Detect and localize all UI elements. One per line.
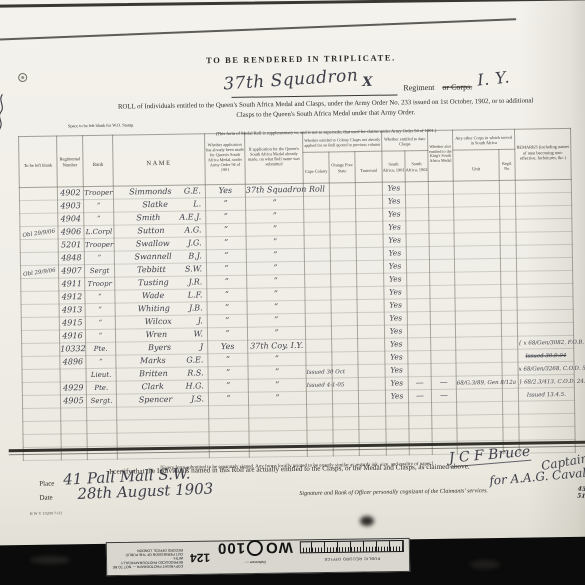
cell-roll: ” (248, 353, 306, 367)
cell-remarks (516, 258, 572, 272)
cell-other-regtl-no (500, 206, 516, 219)
cell-application: ” (206, 223, 246, 237)
cell-roll: ” (247, 288, 305, 302)
cell-transvaal (358, 377, 385, 390)
regiment-label: Regiment (403, 83, 434, 92)
cell-sa-1901: Yes (385, 338, 408, 351)
cell-remarks: { x 68/Gen/3082, F.O.B. 21.9.04 (518, 336, 574, 350)
pro-series-number: 100 (217, 540, 245, 557)
cell-name: SpencerJ.S. (116, 393, 208, 407)
cell-sa-1901: Yes (384, 312, 407, 325)
cell-rank (87, 407, 117, 420)
cell-other-unit (454, 233, 500, 247)
cell-name: ClarkH.G. (116, 380, 208, 394)
header-ksa: Whether also entitled to the King's Sout… (428, 130, 454, 182)
cell-remarks (516, 245, 572, 259)
cell-other-regtl-no (501, 323, 517, 336)
cell-sa-1901: Yes (383, 247, 406, 260)
cell-rank: Trooper (84, 238, 114, 251)
cell-sa-1901: Yes (382, 182, 405, 195)
cell-cape-colony (306, 391, 332, 404)
pro-series-block: Reference :— WO 100 (217, 539, 293, 575)
cell-transvaal (356, 247, 383, 260)
cell-regimental-number: 4905 (60, 395, 86, 408)
cell-regimental-number: 10332 (60, 343, 86, 356)
cell-transvaal (359, 416, 386, 429)
cell-rank: ” (85, 290, 115, 303)
cell-other-regtl-no (500, 219, 516, 232)
cell-rank: Pte. (86, 381, 116, 394)
cell-roll: ” (247, 314, 305, 328)
cell-margin-note (23, 408, 61, 422)
cell-other-regtl-no (502, 336, 518, 349)
cell-regimental-number: 4913 (59, 304, 85, 317)
cell-application: ” (206, 262, 246, 276)
cell-sa-1901: Yes (383, 208, 406, 221)
cell-cape-colony (306, 339, 332, 352)
cell-roll: ” (248, 366, 306, 380)
cell-remarks (517, 310, 573, 324)
header-remarks: REMARKS (including names of men becoming… (515, 128, 572, 180)
cell-other-unit (455, 285, 501, 299)
cell-sa-1902 (406, 208, 429, 221)
cell-sa-1901: Yes (385, 377, 408, 390)
cell-other-regtl-no (503, 401, 519, 414)
cell-orange-free-state (330, 222, 356, 235)
cell-rank: L.Corpl (84, 225, 114, 238)
cell-sa-1902 (407, 325, 430, 338)
cell-orange-free-state (330, 261, 356, 274)
cell-other-unit (457, 402, 503, 416)
header-date-group: Whether entitled to date Clasps (382, 131, 428, 152)
cell-cape-colony (305, 274, 331, 287)
cell-margin-note (20, 200, 58, 214)
cell-remarks (516, 206, 572, 220)
header-cape-colony: Cape Colony (303, 152, 329, 183)
cell-application: ” (205, 197, 245, 211)
cell-roll: ” (247, 275, 305, 289)
cell-regimental-number: 4907 (58, 265, 84, 278)
cell-transvaal (356, 234, 383, 247)
cell-transvaal (356, 260, 383, 273)
cell-other-regtl-no (500, 232, 516, 245)
cell-remarks: } 68/2.3/413, C.O.D. 24.5. (518, 375, 574, 389)
cell-roll: ” (245, 197, 303, 211)
cell-margin-note (20, 252, 58, 266)
cell-sa-1902 (408, 364, 431, 377)
cell-ksa (431, 350, 456, 363)
cell-roll: ” (247, 301, 305, 315)
stamp-hole-mark (18, 73, 27, 82)
cell-sa-1902 (408, 338, 431, 351)
cell-sa-1901: Yes (385, 351, 408, 364)
cell-transvaal (358, 351, 385, 364)
cell-roll: ” (248, 392, 306, 406)
cell-orange-free-state (331, 313, 357, 326)
header-sa-1901: South Africa, 1901 (382, 151, 405, 182)
cell-name: SmithA.E.J. (114, 211, 206, 225)
cell-application: ” (208, 392, 248, 406)
cell-margin-note (22, 382, 60, 396)
pro-ruler-block: PUBLIC RECORD OFFICE (300, 540, 404, 571)
scan-artifact-line-top (0, 0, 585, 7)
cell-other-unit (456, 363, 502, 377)
cell-regimental-number (61, 434, 87, 447)
cell-regimental-number: 4911 (59, 278, 85, 291)
cell-other-unit (454, 246, 500, 260)
cell-ksa (432, 415, 457, 428)
cell-application (209, 431, 249, 445)
medal-roll-table: To be left blank Regimental Number Rank … (18, 128, 576, 461)
cell-sa-1902 (407, 312, 430, 325)
cell-margin-note (23, 434, 61, 448)
header-transvaal: Transvaal (355, 151, 382, 182)
pro-roundel-icon (247, 540, 263, 556)
cell-other-unit (453, 194, 499, 208)
cell-ksa (432, 428, 457, 441)
squadron-handwritten: 37th Squadron (223, 66, 359, 95)
cell-remarks (519, 401, 575, 415)
cell-transvaal (358, 390, 385, 403)
cell-margin-note (21, 291, 59, 305)
cell-cape-colony: Issued 30 Oct (306, 365, 332, 378)
cell-orange-free-state (330, 209, 356, 222)
cell-other-unit (457, 428, 503, 442)
cell-application (209, 418, 249, 432)
squadron-rule-line (231, 94, 397, 97)
cell-regimental-number: 4904 (58, 213, 84, 226)
cell-cape-colony (305, 313, 331, 326)
cell-name: WadeL.F. (115, 289, 207, 303)
cell-transvaal (357, 299, 384, 312)
cell-margin-note (21, 330, 59, 344)
cell-cape-colony (307, 404, 333, 417)
cell-ksa (429, 259, 454, 272)
photo-backdrop-blotch-3 (470, 560, 500, 569)
cell-orange-free-state (330, 248, 356, 261)
cell-ksa (430, 298, 455, 311)
pro-series-prefix: WO (265, 539, 293, 556)
roll-table-body: 4902 Trooper SimmondsG.E. Yes 37th Squad… (19, 180, 575, 461)
cell-roll: ” (246, 223, 304, 237)
cell-application: ” (208, 379, 248, 393)
cell-remarks (515, 193, 571, 207)
cell-orange-free-state (333, 404, 359, 417)
cell-cape-colony (306, 352, 332, 365)
cell-ksa (429, 246, 454, 259)
cell-orange-free-state (333, 430, 359, 443)
cell-application: ” (207, 301, 247, 315)
cell-rank (87, 420, 117, 433)
header-blank: To be left blank (19, 136, 58, 188)
cell-orange-free-state (330, 235, 356, 248)
cell-sa-1901: Yes (384, 286, 407, 299)
cell-ksa (428, 194, 453, 207)
cell-regimental-number (61, 408, 87, 421)
pro-reference-strip: PUBLIC RECORD OFFICE Reference :— WO 100… (106, 538, 410, 576)
cell-application: ” (207, 314, 247, 328)
cell-margin-note: Obl 29/9/06 (20, 226, 58, 240)
cell-regimental-number: 4906 (58, 226, 84, 239)
cell-remarks (519, 414, 575, 428)
scanned-page-photograph: { "document": { "render_note": "TO BE RE… (0, 0, 585, 585)
cell-other-regtl-no (501, 310, 517, 323)
cell-other-unit (456, 350, 502, 364)
cell-orange-free-state (332, 339, 358, 352)
cell-application: ” (206, 249, 246, 263)
cell-remarks (516, 232, 572, 246)
cell-remarks: Issued 30.9.04 (518, 349, 574, 363)
cell-ksa (430, 324, 455, 337)
header-orange-free-state: Orange Free State (329, 152, 355, 183)
cell-other-unit (455, 272, 501, 286)
cell-orange-free-state (331, 300, 357, 313)
cell-sa-1902 (406, 247, 429, 260)
cell-rank: Trooper (83, 186, 113, 199)
header-application: Whether application has already been mad… (205, 133, 246, 185)
cell-orange-free-state (331, 326, 357, 339)
cell-sa-1902 (409, 429, 432, 442)
cell-name: SimmondsG.E. (113, 185, 205, 199)
cell-margin-note (21, 317, 59, 331)
cell-cape-colony (307, 430, 333, 443)
cell-rank: Sergt (84, 264, 114, 277)
cell-margin-note (19, 187, 57, 201)
cell-rank: Lieut. (86, 368, 116, 381)
cell-cape-colony (304, 261, 330, 274)
cell-other-regtl-no (503, 414, 519, 427)
wo-stamp-note: Space to be left blank for W.O. Stamp. (68, 113, 135, 132)
cell-roll (249, 405, 307, 419)
cell-ksa (431, 337, 456, 350)
cell-other-regtl-no (501, 284, 517, 297)
cell-ksa (430, 272, 455, 285)
header-sa-1902: South Africa, 1902 (405, 151, 428, 182)
cell-orange-free-state (333, 417, 359, 430)
cell-ksa: — (431, 376, 456, 389)
cell-transvaal (356, 221, 383, 234)
cell-rank: ” (84, 212, 114, 225)
cell-other-unit (454, 259, 500, 273)
triplicate-heading: TO BE RENDERED IN TRIPLICATE. (141, 52, 461, 67)
cell-roll (249, 431, 307, 445)
photo-backdrop-blotch-2 (30, 556, 70, 564)
cell-margin-note (23, 421, 61, 435)
cell-other-unit (456, 337, 502, 351)
cell-regimental-number: 4915 (59, 317, 85, 330)
header-colony-group: Whether entitled to Colony Clasps not al… (303, 131, 382, 152)
cell-cape-colony (304, 248, 330, 261)
cell-ksa (430, 285, 455, 298)
cell-ksa (429, 233, 454, 246)
cell-margin-note (22, 395, 60, 409)
cell-roll: ” (248, 379, 306, 393)
cell-sa-1902 (407, 299, 430, 312)
cell-rank: ” (84, 199, 114, 212)
header-regimental-number: Regimental Number (57, 136, 84, 188)
cell-transvaal (356, 208, 383, 221)
cell-sa-1901: Yes (385, 364, 408, 377)
cell-name: MarksG.E. (116, 354, 208, 368)
cell-sa-1901: Yes (385, 390, 408, 403)
cell-sa-1902 (405, 182, 428, 195)
cell-cape-colony (303, 196, 329, 209)
cell-roll: ” (246, 262, 304, 276)
cell-remarks: x 68/Gen/3268, C.O.D. 5.11.04 (518, 362, 574, 376)
cell-sa-1901: Yes (383, 234, 406, 247)
signature-caption: Signature and Rank of Officer personally… (299, 487, 585, 497)
pro-copyright-block: COPYRIGHT PHOTOGRAPH — NOT TO BE REPRODU… (112, 548, 183, 569)
cell-sa-1901 (386, 416, 409, 429)
squadron-x-mark: X (362, 75, 372, 90)
cell-name: BrittenR.S. (116, 367, 208, 381)
cell-application: ” (207, 275, 247, 289)
cell-cape-colony (305, 300, 331, 313)
cell-margin-note (21, 304, 59, 318)
header-roll: If application for the Queen's South Afr… (245, 132, 304, 184)
cell-sa-1902 (408, 351, 431, 364)
cell-ksa (431, 363, 456, 376)
cell-sa-1901: Yes (384, 325, 407, 338)
cell-transvaal (355, 182, 382, 195)
cell-transvaal (358, 364, 385, 377)
cell-remarks (516, 219, 572, 233)
cell-margin-note (21, 278, 59, 292)
cell-application: ” (208, 366, 248, 380)
cell-roll: 37th Squadron Roll (245, 184, 303, 198)
document-page: TO BE RENDERED IN TRIPLICATE. 37th Squad… (0, 0, 585, 545)
cell-transvaal (359, 403, 386, 416)
cell-margin-note (22, 343, 60, 357)
cell-remarks (519, 427, 575, 441)
cell-orange-free-state (329, 196, 355, 209)
cell-ksa (430, 311, 455, 324)
cell-cape-colony (305, 326, 331, 339)
cell-margin-note (20, 239, 58, 253)
cell-rank: ” (85, 316, 115, 329)
cell-name: SuttonA.G. (114, 224, 206, 238)
cell-remarks (517, 297, 573, 311)
cell-orange-free-state (329, 183, 355, 196)
pro-office-name: PUBLIC RECORD OFFICE (324, 552, 380, 571)
cell-rank: ” (85, 303, 115, 316)
cell-orange-free-state (331, 287, 357, 300)
ruler-scale-icon (300, 540, 404, 553)
cell-cape-colony (304, 222, 330, 235)
cell-application: ” (206, 210, 246, 224)
cell-name: SwannellB.J. (114, 250, 206, 264)
cell-regimental-number: 4912 (59, 291, 85, 304)
cell-rank: ” (85, 329, 115, 342)
cell-sa-1901: Yes (382, 195, 405, 208)
cell-roll: ” (246, 236, 304, 250)
cell-orange-free-state (331, 274, 357, 287)
cell-cape-colony (307, 417, 333, 430)
cell-regimental-number: 4903 (58, 200, 84, 213)
cell-margin-note (22, 369, 60, 383)
cell-sa-1901: Yes (383, 221, 406, 234)
cell-sa-1901: Yes (383, 260, 406, 273)
cell-roll (249, 418, 307, 432)
cell-sa-1902 (406, 234, 429, 247)
cell-ksa: — (431, 389, 456, 402)
cell-sa-1902 (407, 273, 430, 286)
cell-remarks: Issued 13.4.5. (518, 388, 574, 402)
cell-ksa (429, 207, 454, 220)
cell-other-regtl-no (499, 180, 515, 193)
cell-sa-1902 (409, 416, 432, 429)
cell-application: ” (206, 236, 246, 250)
cell-cape-colony (304, 235, 330, 248)
cell-rank: Sergt. (86, 394, 116, 407)
cell-regimental-number: 5201 (58, 239, 84, 252)
cell-roll: 37th Coy. I.Y. (248, 340, 306, 354)
cell-sa-1902 (406, 260, 429, 273)
cell-other-regtl-no (502, 349, 518, 362)
cell-name: SwallowJ.G. (114, 237, 206, 251)
cell-regimental-number (60, 369, 86, 382)
cell-other-unit (453, 181, 499, 195)
cell-margin-note: Obl 29/9/06 (20, 265, 58, 279)
cell-transvaal (357, 312, 384, 325)
cell-ksa (429, 220, 454, 233)
cell-application: ” (207, 288, 247, 302)
cell-ksa (432, 402, 457, 415)
cell-rank: ” (86, 355, 116, 368)
scan-artifact-line-2 (0, 18, 516, 40)
cell-ksa (428, 181, 453, 194)
photo-backdrop-blotch (360, 516, 374, 526)
cell-transvaal (355, 195, 382, 208)
cell-sa-1901 (386, 403, 409, 416)
cell-cape-colony (305, 287, 331, 300)
regiment-or-corps-struck: or Corps. (442, 82, 472, 91)
cell-transvaal (357, 325, 384, 338)
cell-transvaal (358, 338, 385, 351)
cell-name: WhitingJ.B. (115, 302, 207, 316)
cell-sa-1902 (406, 221, 429, 234)
regiment-handwritten: I. Y. (476, 67, 510, 89)
place-label: Place (39, 480, 54, 488)
header-regtl-no: Regtl. No. (499, 149, 515, 180)
cell-regimental-number: 4902 (57, 187, 83, 200)
cell-regimental-number: 4916 (59, 330, 85, 343)
cell-remarks (515, 180, 571, 194)
cell-cape-colony: Issued 4-1-05 (306, 378, 332, 391)
cell-roll: ” (246, 249, 304, 263)
cell-sa-1902: — (408, 390, 431, 403)
cell-name: TebbittS.W. (114, 263, 206, 277)
cell-other-regtl-no (502, 388, 518, 401)
cell-regimental-number: 4848 (58, 252, 84, 265)
cell-other-unit (455, 298, 501, 312)
cell-sa-1901: Yes (384, 299, 407, 312)
cell-other-unit (454, 220, 500, 234)
cell-roll: ” (246, 210, 304, 224)
cell-regimental-number: 4896 (60, 356, 86, 369)
cell-other-regtl-no (501, 297, 517, 310)
cell-other-regtl-no (503, 427, 519, 440)
cell-roll: ” (247, 327, 305, 341)
cell-regimental-number: 4929 (60, 382, 86, 395)
header-unit: Unit (453, 150, 499, 182)
cell-other-unit (457, 415, 503, 429)
margin-scribble-icon (0, 92, 10, 136)
cell-name: WrenW. (115, 328, 207, 342)
cell-rank: Troopr (85, 277, 115, 290)
header-other-corps-group: Any other Corps in which served in South… (453, 129, 515, 150)
cell-other-regtl-no (500, 258, 516, 271)
